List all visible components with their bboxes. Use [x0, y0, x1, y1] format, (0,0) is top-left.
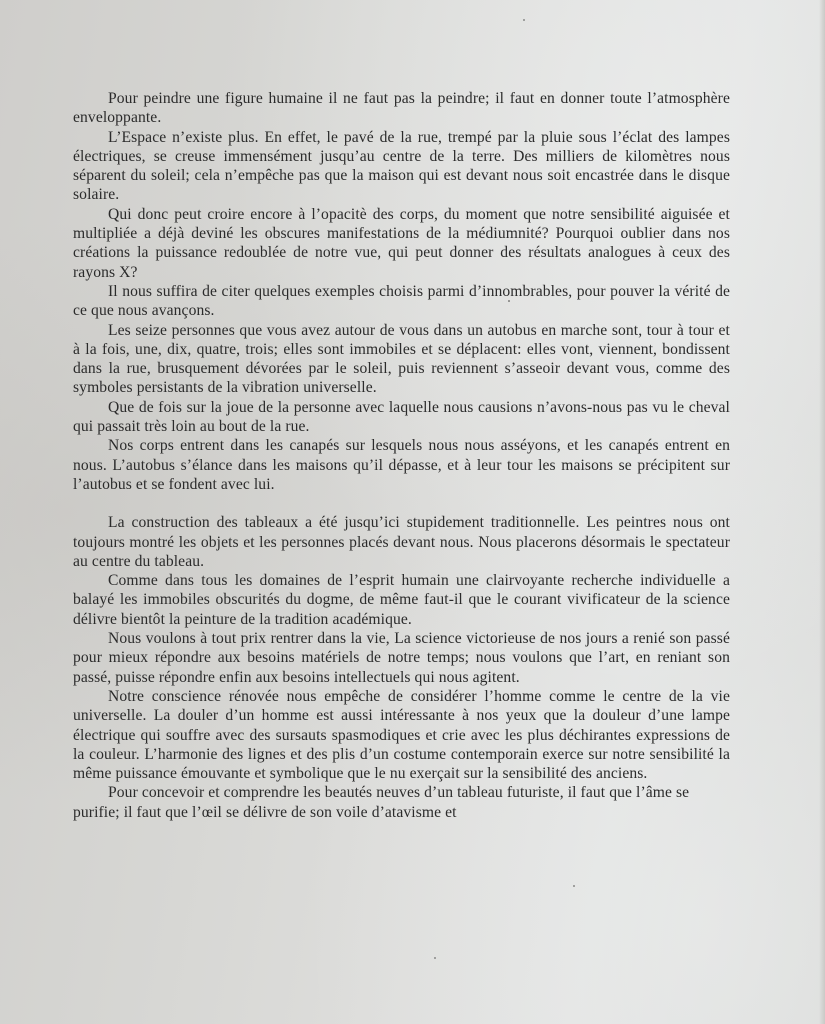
paragraph: Qui donc peut croire encore à l’opacitè … [73, 205, 730, 282]
paragraph: La construction des tableaux a été jusqu… [73, 513, 730, 571]
document-body: Pour peindre une figure humaine il ne fa… [73, 89, 730, 822]
paragraph: Que de fois sur la joue de la personne a… [73, 398, 730, 437]
section-break [73, 494, 730, 513]
paragraph: Notre conscience rénovée nous empêche de… [73, 687, 730, 783]
paper-page: Pour peindre une figure humaine il ne fa… [0, 0, 825, 1024]
paragraph: Les seize personnes que vous avez autour… [73, 321, 730, 398]
paper-speck [573, 885, 575, 887]
section-1: Pour peindre une figure humaine il ne fa… [73, 89, 730, 494]
paragraph: Pour peindre une figure humaine il ne fa… [73, 89, 730, 128]
paper-speck [523, 19, 525, 21]
paragraph: L’Espace n’existe plus. En effet, le pav… [73, 128, 730, 205]
paragraph: Comme dans tous les domaines de l’esprit… [73, 571, 730, 629]
paragraph: Pour concevoir et comprendre les beautés… [73, 783, 730, 822]
paragraph: Il nous suffira de citer quelques exempl… [73, 282, 730, 321]
section-2: La construction des tableaux a été jusqu… [73, 513, 730, 822]
paragraph: Nos corps entrent dans les canapés sur l… [73, 436, 730, 494]
page-edge-shadow [819, 0, 825, 1024]
paragraph: Nous voulons à tout prix rentrer dans la… [73, 629, 730, 687]
paper-speck [434, 957, 436, 959]
